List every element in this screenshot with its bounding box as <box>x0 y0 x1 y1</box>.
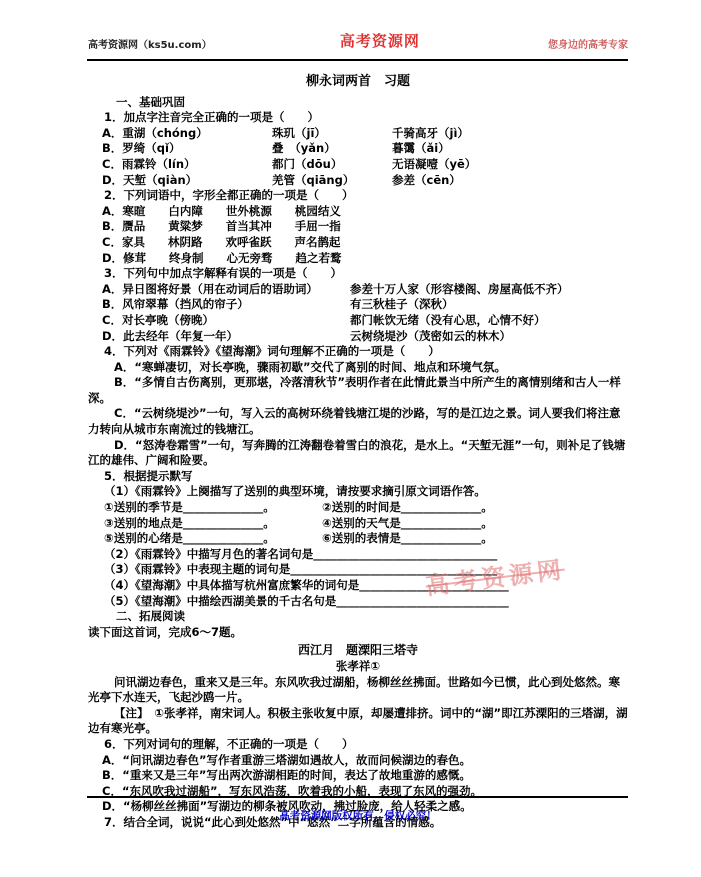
q2-option-d: D．修茸 终身制 心无旁骛 趋之若鹜 <box>88 251 628 267</box>
poem-author: 张孝祥① <box>88 659 628 675</box>
option-text: 云树绕堤沙（茂密如云的林木） <box>350 329 628 345</box>
footer-copyright: 高考资源网版权所有，侵权必究！ <box>88 808 628 823</box>
q5-sub3: （3）《雨霖铃》中表现主题的词句是_______________________… <box>88 562 628 578</box>
blank-line: ⑥送别的表情是______________。 <box>322 531 628 547</box>
q1-stem: 1．加点字注音完全正确的一项是（ ） <box>88 110 628 126</box>
q2-option-a: A．寒暄 白内障 世外桃源 桃园结义 <box>88 204 628 220</box>
q6-stem: 6．下列对词句的理解，不正确的一项是（ ） <box>88 737 628 753</box>
option-text: 羌管（qiāng） <box>272 173 392 189</box>
option-text: D．此去经年（年复一年） <box>102 329 350 345</box>
q4-option-d: D．“怒涛卷霜雪”一句，写奔腾的江涛翻卷着雪白的浪花，是水上。“天堑无涯”一句，… <box>88 438 628 469</box>
option-text: 暮霭（ǎi） <box>392 141 628 157</box>
q5-sub2: （2）《雨霖铃》中描写月色的著名词句是_____________________… <box>88 547 628 563</box>
q4-option-c: C．“云树绕堤沙”一句，写入云的高树环绕着钱塘江堤的沙路，写的是江边之景。词人要… <box>88 406 628 437</box>
page-header: 高考资源网（ks5u.com） 高考资源网 您身边的高考专家 <box>88 30 628 51</box>
option-text: B．罗绮（qǐ） <box>102 141 272 157</box>
q5-sub5: （5）《望海潮》中描绘西湖美景的千古名句是___________________… <box>88 594 628 610</box>
q4-stem: 4．下列对《雨霖铃》《望海潮》词句理解不正确的一项是（ ） <box>88 344 628 360</box>
poem-text: 问讯湖边春色，重来又是三年。东风吹我过湖船，杨柳丝丝拂面。世路如今已惯，此心到处… <box>88 675 628 706</box>
q1-option-d: D．天堑（qiàn） 羌管（qiāng） 参差（cēn） <box>88 173 628 189</box>
blank-line: ④送别的天气是______________。 <box>322 516 628 532</box>
q3-option-a: A．异日图将好景（用在动词后的语助词） 参差十万人家（形容楼阁、房屋高低不齐） <box>88 282 628 298</box>
option-text: D．天堑（qiàn） <box>102 173 272 189</box>
q6-option-b: B．“重来又是三年”写出两次游湖相距的时间，表达了故地重游的感慨。 <box>88 768 628 784</box>
document-body: 柳永词两首 习题 一、基础巩固 1．加点字注音完全正确的一项是（ ） A．重湖（… <box>88 70 628 831</box>
option-text: C．对长亭晚（傍晚） <box>102 313 350 329</box>
option-text: B．风帘翠幕（挡风的帘子） <box>102 297 350 313</box>
poem-title: 西江月 题溧阳三塔寺 <box>88 643 628 659</box>
q5-blanks-row1: ①送别的季节是______________。 ②送别的时间是__________… <box>88 500 628 516</box>
poem-note: 【注】 ①张孝祥，南宋词人。积极主张收复中原，却屡遭排挤。词中的“湖”即江苏溧阳… <box>88 706 628 737</box>
section-heading-2: 二、拓展阅读 <box>88 609 628 625</box>
option-text: 都门（dōu） <box>272 157 392 173</box>
q1-option-b: B．罗绮（qǐ） 叠 （yǎn） 暮霭（ǎi） <box>88 141 628 157</box>
section-heading-1: 一、基础巩固 <box>88 95 628 111</box>
blank-line: ③送别的地点是______________。 <box>104 516 322 532</box>
blank-line: ⑤送别的心绪是______________。 <box>104 531 322 547</box>
q5-blanks-row2: ③送别的地点是______________。 ④送别的天气是__________… <box>88 516 628 532</box>
q3-option-d: D．此去经年（年复一年） 云树绕堤沙（茂密如云的林木） <box>88 329 628 345</box>
footer-divider <box>87 796 628 798</box>
brand-logo-text: 高考资源网 <box>340 30 420 51</box>
q2-stem: 2．下列词语中，字形全都正确的一项是（ ） <box>88 188 628 204</box>
q5-blanks-row3: ⑤送别的心绪是______________。 ⑥送别的表情是__________… <box>88 531 628 547</box>
option-text: 有三秋桂子（深秋） <box>350 297 628 313</box>
option-text: A．重湖（chóng） <box>102 126 272 142</box>
q3-option-c: C．对长亭晚（傍晚） 都门帐饮无绪（没有心思，心情不好） <box>88 313 628 329</box>
site-name-left: 高考资源网（ks5u.com） <box>88 36 212 51</box>
option-text: A．异日图将好景（用在动词后的语助词） <box>102 282 350 298</box>
q3-stem: 3．下列句中加点字解释有误的一项是（ ） <box>88 266 628 282</box>
option-text: 都门帐饮无绪（没有心思，心情不好） <box>350 313 628 329</box>
option-text: 参差十万人家（形容楼阁、房屋高低不齐） <box>350 282 628 298</box>
section2-intro: 读下面这首词，完成6～7题。 <box>88 625 628 641</box>
header-slogan: 您身边的高考专家 <box>548 36 628 51</box>
q5-sub4: （4）《望海潮》中具体描写杭州富庶繁华的词句是_________________… <box>88 578 628 594</box>
blank-line: ②送别的时间是______________。 <box>322 500 628 516</box>
option-text: 珠玑（jī） <box>272 126 392 142</box>
q2-option-c: C．家具 林阴路 欢呼雀跃 声名鹊起 <box>88 235 628 251</box>
option-text: 叠 （yǎn） <box>272 141 392 157</box>
q5-sub1: （1）《雨霖铃》上阕描写了送别的典型环境，请按要求摘引原文词语作答。 <box>88 484 628 500</box>
blank-line: ①送别的季节是______________。 <box>104 500 322 516</box>
q6-option-a: A．“问讯湖边春色”写作者重游三塔湖如遇故人，故而问候湖边的春色。 <box>88 753 628 769</box>
q1-option-c: C．雨霖铃（lín） 都门（dōu） 无语凝噎（yē） <box>88 157 628 173</box>
option-text: C．雨霖铃（lín） <box>102 157 272 173</box>
q2-option-b: B．赝品 黄粱梦 首当其冲 手屈一指 <box>88 219 628 235</box>
q5-stem: 5．根据提示默写 <box>88 469 628 485</box>
q1-option-a: A．重湖（chóng） 珠玑（jī） 千骑高牙（jì） <box>88 126 628 142</box>
q4-option-a: A．“寒蝉凄切，对长亭晚，骤雨初歇”交代了离别的时间、地点和环境气氛。 <box>88 360 628 376</box>
header-divider <box>87 59 628 61</box>
page-title: 柳永词两首 习题 <box>88 74 628 90</box>
q4-option-b: B．“多情自古伤离别，更那堪，冷落清秋节”表明作者在此情此景当中所产生的离情别绪… <box>88 375 628 406</box>
option-text: 参差（cēn） <box>392 173 628 189</box>
q3-option-b: B．风帘翠幕（挡风的帘子） 有三秋桂子（深秋） <box>88 297 628 313</box>
option-text: 无语凝噎（yē） <box>392 157 628 173</box>
option-text: 千骑高牙（jì） <box>392 126 628 142</box>
